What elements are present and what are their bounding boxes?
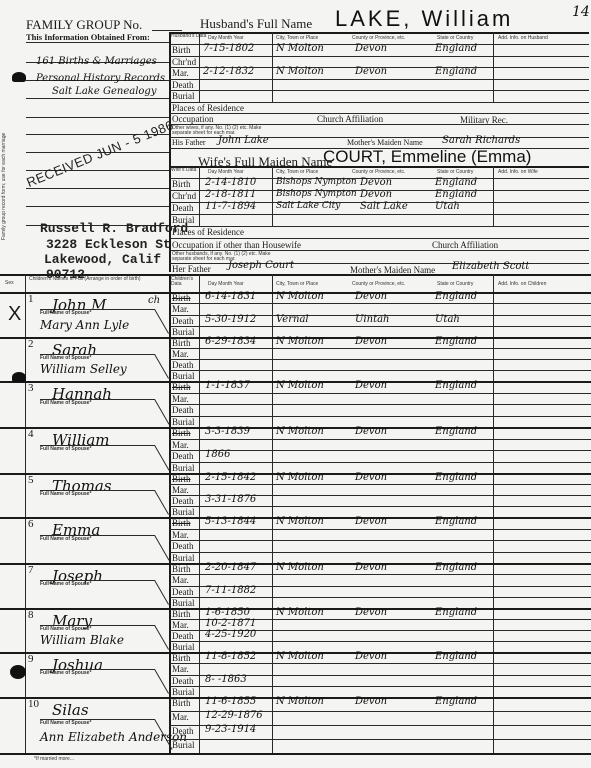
- spouse-name: Mary Ann Lyle: [40, 319, 129, 331]
- event-type: Burial: [172, 464, 195, 473]
- rule: [169, 348, 591, 349]
- event-date: 7-11-1882: [205, 586, 256, 596]
- event-date: 7-15-1802: [203, 44, 254, 54]
- col-rule: [493, 166, 494, 226]
- source-line: [26, 188, 169, 189]
- event-county: Devon: [355, 652, 387, 662]
- rule: [0, 753, 591, 755]
- event-county: Devon: [360, 190, 392, 200]
- husband-name: LAKE, William: [335, 8, 513, 30]
- husband-add-info-label: Add. Info. on Husband: [498, 36, 548, 41]
- source-line: [26, 98, 169, 99]
- event-type: Mar.: [172, 665, 189, 674]
- child-number: 4: [28, 429, 34, 440]
- col-date: Day Month Year: [208, 170, 244, 175]
- event-city: N Molton: [276, 563, 324, 573]
- spouse-label: Full Name of Spouse*: [40, 447, 91, 452]
- event-date: 11-8-1852: [205, 652, 256, 662]
- punch-hole-icon: [12, 372, 26, 382]
- event-type: Mar.: [172, 441, 189, 450]
- col-city: City, Town or Place: [276, 36, 318, 41]
- rule: [169, 404, 591, 405]
- spouse-line: [154, 580, 169, 605]
- rule: [169, 202, 589, 203]
- event-date: 6-14-1831: [205, 292, 256, 302]
- spouse-line: [154, 445, 169, 470]
- event-date: 2-12-1832: [203, 67, 254, 77]
- spouse-label: Full Name of Spouse*: [40, 627, 91, 632]
- event-city: N Molton: [276, 608, 324, 618]
- event-city: Vernal: [276, 315, 309, 325]
- col-county: County or Province, etc.: [352, 36, 405, 41]
- event-state: England: [435, 381, 477, 391]
- col-county: County or Province, etc.: [352, 282, 405, 287]
- submitter-street: 3228 Eckleson St: [46, 238, 171, 253]
- col-city: City, Town or Place: [276, 170, 318, 175]
- his-mother: Sarah Richards: [442, 136, 520, 146]
- event-type: Death: [172, 497, 194, 506]
- col-add-info: Add. Info. on Children: [498, 282, 546, 287]
- event-city: Bishops Nympton: [276, 190, 357, 199]
- event-county: Devon: [355, 44, 387, 54]
- event-type: Burial: [172, 372, 195, 381]
- event-date: 1-1-1837: [205, 381, 250, 391]
- event-date: 11-6-1855: [205, 697, 256, 707]
- wife-occupation-label: Occupation if other than Housewife: [172, 241, 301, 250]
- event-type: Birth: [172, 429, 191, 438]
- event-date: 9-23-1914: [205, 725, 256, 735]
- footnote: *If married more...: [34, 757, 74, 762]
- event-type: Death: [172, 361, 194, 370]
- event-state: England: [435, 608, 477, 618]
- husband-occupation-label: Occupation: [172, 115, 213, 124]
- event-type: Death: [172, 81, 194, 90]
- col-rule: [25, 274, 26, 754]
- source-3: Salt Lake Genealogy: [52, 87, 156, 97]
- spouse-label: Full Name of Spouse*: [40, 311, 91, 316]
- event-type: Birth: [172, 654, 191, 663]
- rule: [169, 67, 589, 68]
- child-name: Silas: [52, 703, 89, 718]
- spouse-label: Full Name of Spouse*: [40, 492, 91, 497]
- event-type: Burial: [172, 92, 195, 101]
- child-note: ch: [148, 296, 160, 306]
- event-type: Death: [172, 317, 194, 326]
- wife-church-label: Church Affiliation: [432, 241, 498, 250]
- event-date: 1-6-1850: [205, 608, 250, 618]
- col-state: State or Country: [437, 170, 473, 175]
- event-type: Death: [172, 406, 194, 415]
- event-state: England: [435, 44, 477, 54]
- event-state: England: [435, 292, 477, 302]
- event-date: 3-3-1839: [205, 427, 250, 437]
- spouse-line: [154, 399, 169, 424]
- wife-residence-label: Places of Residence: [172, 228, 244, 237]
- event-type: Burial: [172, 741, 195, 750]
- event-type: Death: [172, 727, 194, 736]
- event-type: Mar.: [172, 713, 189, 722]
- event-type: Burial: [172, 508, 195, 517]
- event-type: Burial: [172, 599, 195, 608]
- wife-name: COURT, Emmeline (Emma): [323, 148, 531, 165]
- his-father-label: His Father: [172, 139, 206, 147]
- event-type: Birth: [172, 610, 191, 619]
- event-state: England: [435, 67, 477, 77]
- rule: [169, 540, 591, 541]
- rule: [169, 56, 589, 57]
- rule: [169, 552, 591, 553]
- col-rule: [493, 274, 494, 754]
- child-number: 5: [28, 475, 34, 486]
- event-county: Devon: [355, 608, 387, 618]
- rule: [169, 79, 589, 80]
- event-state: Utah: [435, 315, 460, 325]
- event-type: Burial: [172, 328, 195, 337]
- event-type: Chr'nd: [172, 58, 196, 67]
- event-date: 10-2-1871: [205, 619, 256, 629]
- event-type: Birth: [172, 475, 191, 484]
- event-type: Birth: [172, 519, 191, 528]
- event-city: N Molton: [276, 337, 324, 347]
- spouse-label: Full Name of Spouse*: [40, 582, 91, 587]
- rule: [169, 663, 591, 664]
- rule: [169, 686, 591, 687]
- source-line: [26, 206, 169, 207]
- rule: [169, 529, 591, 530]
- event-county: Devon: [355, 381, 387, 391]
- spouse-line: [154, 309, 169, 334]
- event-state: England: [435, 427, 477, 437]
- event-county: Devon: [355, 517, 387, 527]
- spouse-label: Full Name of Spouse*: [40, 721, 91, 726]
- col-sex: Sex: [5, 281, 14, 286]
- col-children-data: Children's Data: [171, 277, 199, 287]
- child-number: 9: [28, 654, 34, 665]
- event-date: 2-20-1847: [205, 563, 256, 573]
- spouse-line: [154, 490, 169, 514]
- rule: [169, 484, 591, 485]
- event-date: 2-14-1810: [205, 178, 256, 188]
- child-number: 3: [28, 383, 34, 394]
- event-type: Mar.: [172, 576, 189, 585]
- rule: [169, 359, 591, 360]
- event-type: Death: [172, 204, 194, 213]
- event-type: Birth: [172, 180, 191, 189]
- child-number: 6: [28, 519, 34, 530]
- event-county: Uintah: [355, 315, 390, 325]
- spouse-line: [154, 625, 169, 649]
- his-mother-label: Mother's Maiden Name: [347, 139, 423, 147]
- event-city: N Molton: [276, 517, 324, 527]
- event-type: Burial: [172, 554, 195, 563]
- submitter-city: Lakewood, Calif: [44, 253, 161, 268]
- group-number-line: [152, 30, 182, 31]
- event-state: England: [435, 337, 477, 347]
- rule: [169, 597, 591, 598]
- event-county: Salt Lake: [360, 202, 408, 212]
- rule: [169, 450, 591, 451]
- col-rule: [199, 166, 200, 226]
- event-state: Utah: [435, 202, 460, 212]
- punch-hole-icon: [12, 72, 26, 82]
- rule: [169, 190, 589, 191]
- col-state: State or Country: [437, 282, 473, 287]
- event-date: 12-29-1876: [205, 711, 263, 721]
- event-date: 3-31-1876: [205, 495, 256, 505]
- wife-add-info-label: Add. Info. on Wife: [498, 170, 538, 175]
- event-city: N Molton: [276, 44, 324, 54]
- form-title: FAMILY GROUP No.: [26, 18, 142, 31]
- event-type: Burial: [172, 688, 195, 697]
- child-number: 10: [28, 699, 39, 710]
- event-county: Devon: [355, 427, 387, 437]
- rule: [169, 462, 591, 463]
- event-state: England: [435, 473, 477, 483]
- spouse-line: [154, 535, 169, 560]
- spouse-label: Full Name of Spouse*: [40, 537, 91, 542]
- col-date: Day Month Year: [208, 36, 244, 41]
- rule: [169, 303, 591, 304]
- event-city: N Molton: [276, 652, 324, 662]
- spouse-label: Full Name of Spouse*: [40, 671, 91, 676]
- child-number: 8: [28, 610, 34, 621]
- event-state: England: [435, 178, 477, 188]
- side-note: Family group record form; use for each m…: [2, 133, 7, 240]
- event-type: Birth: [172, 383, 191, 392]
- event-type: Mar.: [172, 531, 189, 540]
- event-state: England: [435, 190, 477, 200]
- rule: [169, 506, 591, 507]
- source-line: [26, 42, 169, 43]
- event-type: Birth: [172, 339, 191, 348]
- his-father: John Lake: [218, 136, 269, 146]
- event-type: Birth: [172, 565, 191, 574]
- rule: [169, 439, 591, 440]
- event-type: Mar.: [172, 69, 189, 78]
- submitter-name: Russell R. Bradford: [40, 222, 188, 237]
- col-city: City, Town or Place: [276, 282, 318, 287]
- rule: [169, 641, 591, 642]
- event-city: N Molton: [276, 697, 324, 707]
- event-city: N Molton: [276, 67, 324, 77]
- event-type: Death: [172, 588, 194, 597]
- event-date: 6-29-1834: [205, 337, 256, 347]
- wife-data-label: Wife's Data: [171, 168, 196, 173]
- col-county: County or Province, etc.: [352, 170, 405, 175]
- event-type: Mar.: [172, 486, 189, 495]
- event-county: Devon: [355, 563, 387, 573]
- spouse-label: Full Name of Spouse*: [40, 356, 91, 361]
- event-city: Salt Lake City: [276, 202, 340, 211]
- source-line: [26, 117, 169, 118]
- event-city: N Molton: [276, 292, 324, 302]
- col-date: Day Month Year: [208, 282, 244, 287]
- source-2: Personal History Records: [36, 74, 165, 84]
- rule: [169, 214, 589, 215]
- col-state: State or Country: [437, 36, 473, 41]
- event-type: Burial: [172, 418, 195, 427]
- husband-data-label: Husband's Data: [171, 34, 206, 39]
- spouse-name: William Selley: [40, 363, 127, 375]
- event-type: Birth: [172, 294, 191, 303]
- col-rule: [199, 274, 200, 754]
- rule: [169, 370, 591, 371]
- rule: [169, 416, 591, 417]
- event-type: Mar.: [172, 350, 189, 359]
- col-rule: [272, 166, 273, 226]
- event-type: Mar.: [172, 621, 189, 630]
- rule: [169, 238, 589, 239]
- spouse-name: William Blake: [40, 634, 124, 646]
- obtained-from-label: This Information Obtained From:: [26, 33, 150, 42]
- event-type: Chr'nd: [172, 192, 196, 201]
- event-state: England: [435, 563, 477, 573]
- event-city: N Molton: [276, 473, 324, 483]
- event-type: Birth: [172, 46, 191, 55]
- spouse-line: [154, 354, 169, 378]
- event-type: Death: [172, 542, 194, 551]
- col-rule: [169, 274, 171, 754]
- her-father-label: Her Father: [172, 265, 211, 274]
- page-number: 14: [572, 5, 590, 19]
- rule: [169, 326, 591, 327]
- event-county: Devon: [355, 292, 387, 302]
- child-number: 7: [28, 565, 34, 576]
- event-type: Death: [172, 452, 194, 461]
- event-type: Death: [172, 632, 194, 641]
- event-date: 5-13-1844: [205, 517, 256, 527]
- husband-name-label: Husband's Full Name: [200, 17, 312, 30]
- event-county: Devon: [355, 337, 387, 347]
- received-stamp: RECEIVED JUN - 5 1986: [24, 117, 175, 190]
- event-county: Devon: [355, 697, 387, 707]
- rule: [169, 739, 591, 740]
- spouse-label: Full Name of Spouse*: [40, 401, 91, 406]
- husband-church-label: Church Affiliation: [317, 115, 383, 124]
- event-date: 1866: [205, 450, 230, 460]
- event-state: England: [435, 652, 477, 662]
- event-county: Devon: [355, 67, 387, 77]
- event-county: Devon: [355, 473, 387, 483]
- rule: [169, 90, 589, 91]
- child-number: 1: [28, 294, 34, 305]
- rule: [169, 166, 589, 168]
- her-mother: Elizabeth Scott: [452, 262, 529, 272]
- event-date: 8- -1863: [205, 675, 247, 685]
- event-date: 2-15-1842: [205, 473, 256, 483]
- col-rule: [272, 274, 273, 754]
- event-city: Bishops Nympton: [276, 178, 357, 187]
- rule: [169, 32, 589, 34]
- event-type: Death: [172, 677, 194, 686]
- event-state: England: [435, 697, 477, 707]
- punch-hole-icon: [10, 665, 26, 679]
- her-father: Joseph Court: [228, 261, 294, 271]
- spouse-name: Ann Elizabeth Anderson: [40, 731, 187, 743]
- husband-residence-label: Places of Residence: [172, 104, 244, 113]
- event-date: 5-30-1912: [205, 315, 256, 325]
- rule: [169, 574, 591, 575]
- sex-mark: X: [8, 304, 21, 324]
- event-type: Mar.: [172, 305, 189, 314]
- event-city: N Molton: [276, 427, 324, 437]
- child-number: 2: [28, 339, 34, 350]
- event-county: Devon: [360, 178, 392, 188]
- event-type: Burial: [172, 216, 195, 225]
- event-state: England: [435, 517, 477, 527]
- event-type: Mar.: [172, 395, 189, 404]
- event-date: 4-25-1920: [205, 630, 256, 640]
- event-type: Burial: [172, 643, 195, 652]
- col-children-names: Children's Names in Full (Arrange in ord…: [29, 277, 159, 282]
- event-type: Birth: [172, 699, 191, 708]
- event-date: 11-7-1894: [205, 202, 256, 212]
- spouse-line: [154, 669, 169, 694]
- rule: [169, 393, 591, 394]
- source-1: 161 Births & Marriages: [36, 57, 157, 67]
- event-date: 2-18-1811: [205, 190, 256, 200]
- event-city: N Molton: [276, 381, 324, 391]
